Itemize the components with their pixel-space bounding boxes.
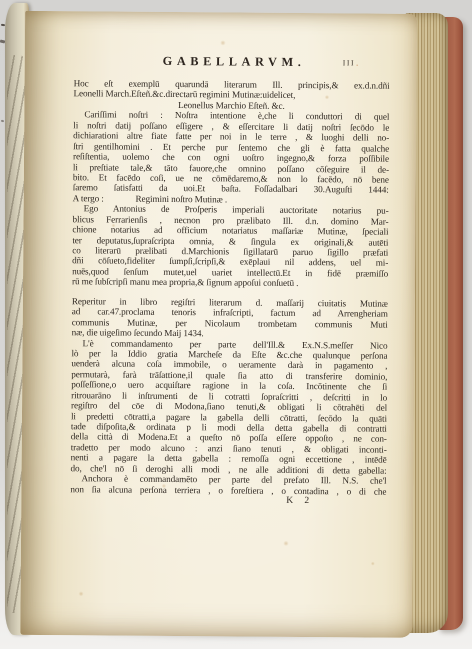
book-photo: GABELLARVM. III. Hoc eſt exemplū quarund… bbox=[0, 0, 472, 649]
foxing-spot bbox=[79, 591, 84, 596]
text-column: GABELLARVM. III. Hoc eſt exemplū quarund… bbox=[70, 53, 390, 507]
folio-number: III. bbox=[343, 58, 360, 67]
book-page: GABELLARVM. III. Hoc eſt exemplū quarund… bbox=[20, 11, 417, 638]
foxing-spot bbox=[220, 40, 226, 45]
page-header: GABELLARVM. III. bbox=[74, 53, 390, 72]
left-page-text-fragment bbox=[1, 120, 4, 122]
folio-dot: . bbox=[356, 58, 360, 67]
foxing-spot bbox=[371, 562, 375, 566]
text-block: Hoc eſt exemplū quarundā literarum Ill. … bbox=[70, 78, 389, 507]
folio-numeral: III bbox=[343, 58, 355, 67]
foxing-spot bbox=[283, 541, 289, 546]
